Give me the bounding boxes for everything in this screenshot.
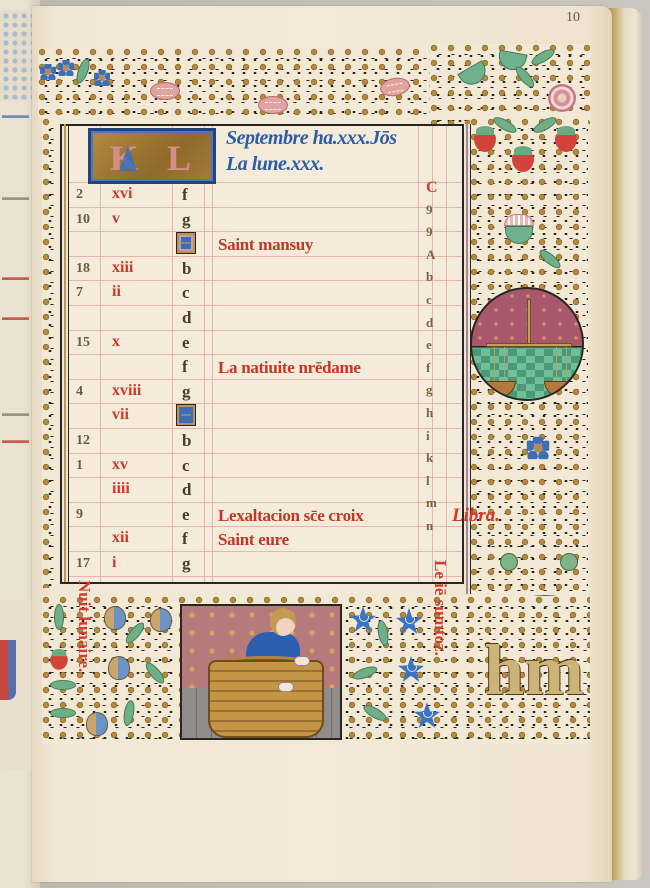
labour-of-month-miniature bbox=[180, 604, 342, 740]
leaf-icon bbox=[50, 680, 76, 690]
left-border-foliage bbox=[42, 118, 58, 588]
right-column-letter: l bbox=[426, 474, 430, 487]
dominical-letter: g bbox=[182, 555, 191, 572]
right-column-letter: d bbox=[426, 316, 433, 329]
moon-heading: La lune.xxx. bbox=[226, 154, 324, 174]
right-column-letter: m bbox=[426, 496, 437, 509]
roman-numeral: v bbox=[112, 211, 120, 227]
right-column-letter: h bbox=[426, 406, 433, 419]
golden-number: 17 bbox=[76, 557, 90, 571]
initial-fill bbox=[181, 409, 191, 421]
feast-entry: Lexaltacion sc̄e croix bbox=[218, 507, 363, 524]
green-bud-icon bbox=[500, 553, 518, 571]
figure-hand bbox=[294, 656, 310, 666]
ihs-monogram: h m bbox=[484, 632, 570, 712]
golden-number: 18 bbox=[76, 262, 90, 276]
ruling-line bbox=[69, 231, 462, 232]
text-frame-left bbox=[60, 124, 62, 584]
dominical-letter: f bbox=[182, 186, 188, 203]
ruling-line bbox=[69, 330, 462, 331]
right-column-letter: k bbox=[426, 451, 433, 464]
bell-flower-icon bbox=[104, 606, 126, 630]
scale-cord bbox=[494, 347, 495, 381]
leaf-icon bbox=[50, 708, 76, 718]
left-page-text-line: ▬▬▬ bbox=[2, 408, 29, 418]
roman-numeral: vii bbox=[112, 407, 129, 423]
initial-fill bbox=[181, 237, 191, 249]
dominical-letter: g bbox=[182, 211, 191, 228]
ruling-line bbox=[69, 526, 462, 527]
blue-flower-icon bbox=[58, 60, 74, 76]
feast-entry: Saint eure bbox=[218, 531, 289, 548]
golden-number: 7 bbox=[76, 286, 83, 300]
text-frame-left-gold bbox=[64, 124, 66, 584]
roman-numeral: xii bbox=[112, 530, 129, 546]
libra-zodiac-medallion bbox=[470, 287, 584, 401]
blue-flower-icon bbox=[40, 64, 56, 80]
dominical-a-initial bbox=[176, 404, 196, 426]
monogram-letter: m bbox=[524, 632, 560, 708]
dominical-letter: d bbox=[182, 481, 191, 498]
ruling-line bbox=[69, 477, 462, 478]
pink-pod-icon bbox=[150, 82, 180, 100]
ruling-line bbox=[69, 379, 462, 380]
pink-pod-icon bbox=[258, 96, 288, 114]
dominical-letter: c bbox=[182, 284, 190, 301]
golden-number: 15 bbox=[76, 336, 90, 350]
scale-cord bbox=[504, 347, 505, 381]
left-page-border-decoration bbox=[0, 10, 34, 100]
right-column-letter: 9 bbox=[426, 203, 433, 216]
folio-number: 10 bbox=[566, 10, 580, 26]
text-frame-bottom bbox=[60, 582, 464, 584]
left-page-text-line: ▬▬▬ bbox=[2, 192, 29, 202]
wooden-vat bbox=[208, 660, 324, 738]
golden-number: 2 bbox=[76, 188, 83, 202]
dominical-letter: c bbox=[182, 457, 190, 474]
right-column-letter: g bbox=[426, 383, 433, 396]
ruling-line bbox=[69, 256, 462, 257]
right-column-letter: c bbox=[426, 293, 432, 306]
dominical-letter: f bbox=[182, 530, 188, 547]
golden-number: 1 bbox=[76, 459, 83, 473]
ruling-line bbox=[69, 576, 462, 577]
ruling-line bbox=[69, 207, 462, 208]
golden-number: 12 bbox=[76, 434, 90, 448]
scale-cord bbox=[556, 347, 557, 381]
ruling-line bbox=[69, 354, 462, 355]
dominical-a-initial bbox=[176, 232, 196, 254]
roman-numeral: xvi bbox=[112, 186, 132, 202]
dominical-letter: f bbox=[182, 358, 188, 375]
initial-l: L bbox=[153, 139, 205, 177]
ruling-line bbox=[69, 428, 462, 429]
dominical-letter: e bbox=[182, 334, 190, 351]
dominical-letter: b bbox=[182, 432, 191, 449]
heraldic-shield-icon bbox=[0, 640, 16, 700]
roman-numeral: x bbox=[112, 334, 120, 350]
dominical-letter: g bbox=[182, 383, 191, 400]
initial-k: K bbox=[101, 139, 147, 177]
left-vertical-rubric: Nuit lunaire. bbox=[76, 580, 93, 740]
golden-number: 10 bbox=[76, 213, 90, 227]
right-column-letter: f bbox=[426, 361, 430, 374]
ruling-line bbox=[69, 453, 462, 454]
left-page-blue-rubric: ▬▬▬ bbox=[2, 110, 29, 120]
kl-illuminated-initial: K L bbox=[88, 128, 216, 184]
roman-numeral: xiii bbox=[112, 260, 133, 276]
blue-flower-icon bbox=[94, 70, 110, 86]
ruling-line bbox=[69, 280, 462, 281]
right-vertical-rubric: Le iē sumtoz. bbox=[432, 560, 449, 720]
right-column-letter: C bbox=[426, 180, 438, 196]
roman-numeral: xv bbox=[112, 457, 128, 473]
roman-numeral: ii bbox=[112, 284, 121, 300]
feast-entry: Saint mansuy bbox=[218, 236, 313, 253]
scale-post bbox=[527, 299, 531, 347]
ruling-line bbox=[69, 403, 462, 404]
right-column-letter: i bbox=[426, 429, 430, 442]
figure-head bbox=[270, 608, 296, 636]
dominical-letter: d bbox=[182, 309, 191, 326]
left-page-red-line: ▬▬▬ bbox=[2, 435, 29, 445]
roman-numeral: i bbox=[112, 555, 116, 571]
left-page-red-line: ▬▬▬ bbox=[2, 272, 29, 282]
dominical-letter: e bbox=[182, 506, 190, 523]
bell-flower-icon bbox=[108, 656, 130, 680]
roman-numeral: iiii bbox=[112, 481, 130, 497]
ruling-line bbox=[69, 502, 462, 503]
golden-number: 9 bbox=[76, 508, 83, 522]
right-column-letter: n bbox=[426, 519, 433, 532]
bell-flower-icon bbox=[150, 608, 172, 632]
right-column-letter: 9 bbox=[426, 225, 433, 238]
green-bud-icon bbox=[560, 553, 578, 571]
scale-beam bbox=[486, 343, 572, 347]
golden-number: 4 bbox=[76, 385, 83, 399]
monogram-letter: h bbox=[484, 632, 520, 708]
scale-cord bbox=[566, 347, 567, 381]
feast-entry: La natiuite nrēdame bbox=[218, 359, 361, 376]
roman-numeral: xviii bbox=[112, 383, 141, 399]
right-column-letter: A bbox=[426, 248, 435, 261]
right-column-letter: e bbox=[426, 338, 432, 351]
left-page-red-line: ▬▬▬ bbox=[2, 312, 29, 322]
pink-fan-flower-icon bbox=[504, 214, 534, 226]
zodiac-label: Libra. bbox=[452, 506, 500, 525]
right-column-letter: b bbox=[426, 270, 433, 283]
ruling-line bbox=[69, 305, 462, 306]
rose-icon bbox=[548, 84, 576, 112]
ruling-line bbox=[69, 551, 462, 552]
month-heading: Septembre ha.xxx.Jōs bbox=[226, 128, 397, 148]
dominical-letter: b bbox=[182, 260, 191, 277]
figure-hand bbox=[278, 682, 294, 692]
blue-flower-icon bbox=[527, 437, 549, 459]
leaf-icon bbox=[54, 604, 64, 630]
